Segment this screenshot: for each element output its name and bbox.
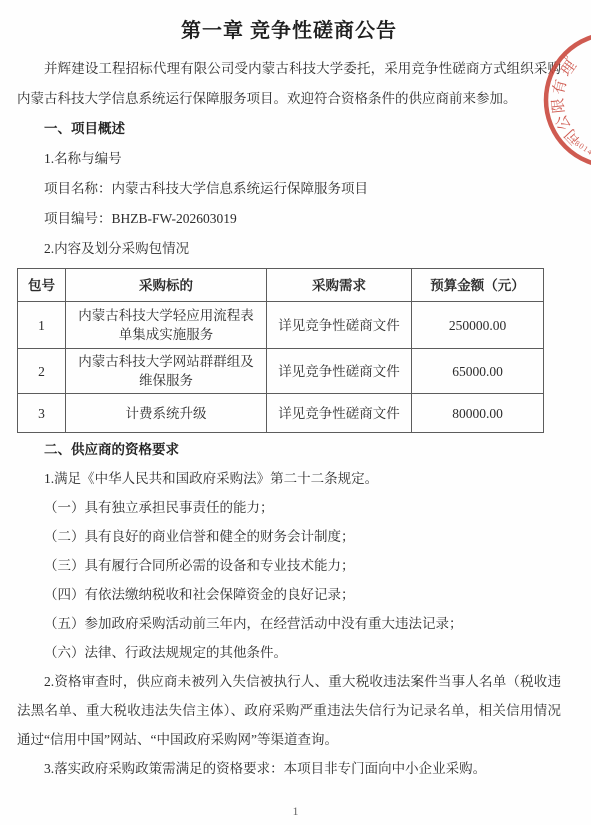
requirement-item: （二）具有良好的商业信誉和健全的财务会计制度； — [17, 522, 561, 551]
col-header-budget: 预算金额（元） — [412, 269, 544, 302]
document-content: 第一章 竞争性磋商公告 并辉建设工程招标代理有限公司受内蒙古科技大学委托，采用竞… — [0, 0, 591, 783]
cell-requirement: 详见竞争性磋商文件 — [267, 302, 412, 349]
table-row: 1 内蒙古科技大学轻应用流程表单集成实施服务 详见竞争性磋商文件 250000.… — [18, 302, 544, 349]
cell-subject: 计费系统升级 — [66, 394, 267, 433]
cell-subject: 内蒙古科技大学轻应用流程表单集成实施服务 — [66, 302, 267, 349]
intro-paragraph: 并辉建设工程招标代理有限公司受内蒙古科技大学委托，采用竞争性磋商方式组织采购内蒙… — [17, 54, 561, 114]
section2-heading: 二、供应商的资格要求 — [17, 435, 561, 464]
requirement-item: （三）具有履行合同所必需的设备和专业技术能力； — [17, 551, 561, 580]
procurement-packages-table: 包号 采购标的 采购需求 预算金额（元） 1 内蒙古科技大学轻应用流程表单集成实… — [17, 268, 544, 433]
project-number-line: 项目编号：BHZB-FW-202603019 — [17, 204, 561, 234]
cell-budget: 80000.00 — [412, 394, 544, 433]
col-header-subject: 采购标的 — [66, 269, 267, 302]
page-number: 1 — [0, 804, 591, 818]
section2: 二、供应商的资格要求 1.满足《中华人民共和国政府采购法》第二十二条规定。 （一… — [17, 435, 561, 783]
cell-requirement: 详见竞争性磋商文件 — [267, 394, 412, 433]
requirement-item: 3.落实政府采购政策需满足的资格要求：本项目非专门面向中小企业采购。 — [17, 754, 561, 783]
section1-item2-label: 2.内容及划分采购包情况 — [17, 234, 561, 264]
requirement-item: （一）具有独立承担民事责任的能力； — [17, 493, 561, 522]
page-title: 第一章 竞争性磋商公告 — [17, 16, 561, 46]
project-name-line: 项目名称：内蒙古科技大学信息系统运行保障服务项目 — [17, 174, 561, 204]
section1-heading: 一、项目概述 — [17, 114, 561, 144]
requirement-item: 1.满足《中华人民共和国政府采购法》第二十二条规定。 — [17, 464, 561, 493]
cell-requirement: 详见竞争性磋商文件 — [267, 349, 412, 394]
cell-subject: 内蒙古科技大学网站群群组及维保服务 — [66, 349, 267, 394]
section1-item1-label: 1.名称与编号 — [17, 144, 561, 174]
table-row: 3 计费系统升级 详见竞争性磋商文件 80000.00 — [18, 394, 544, 433]
cell-budget: 250000.00 — [412, 302, 544, 349]
document-page: 第一章 竞争性磋商公告 并辉建设工程招标代理有限公司受内蒙古科技大学委托，采用竞… — [0, 0, 591, 825]
col-header-package-no: 包号 — [18, 269, 66, 302]
cell-package-no: 3 — [18, 394, 66, 433]
requirement-item: （四）有依法缴纳税收和社会保障资金的良好记录； — [17, 580, 561, 609]
requirement-item: （六）法律、行政法规规定的其他条件。 — [17, 638, 561, 667]
requirement-item: （五）参加政府采购活动前三年内，在经营活动中没有重大违法记录； — [17, 609, 561, 638]
table-header-row: 包号 采购标的 采购需求 预算金额（元） — [18, 269, 544, 302]
table-row: 2 内蒙古科技大学网站群群组及维保服务 详见竞争性磋商文件 65000.00 — [18, 349, 544, 394]
cell-package-no: 1 — [18, 302, 66, 349]
requirement-item: 2.资格审查时，供应商未被列入失信被执行人、重大税收违法案件当事人名单（税收违法… — [17, 667, 561, 754]
cell-package-no: 2 — [18, 349, 66, 394]
col-header-requirement: 采购需求 — [267, 269, 412, 302]
cell-budget: 65000.00 — [412, 349, 544, 394]
